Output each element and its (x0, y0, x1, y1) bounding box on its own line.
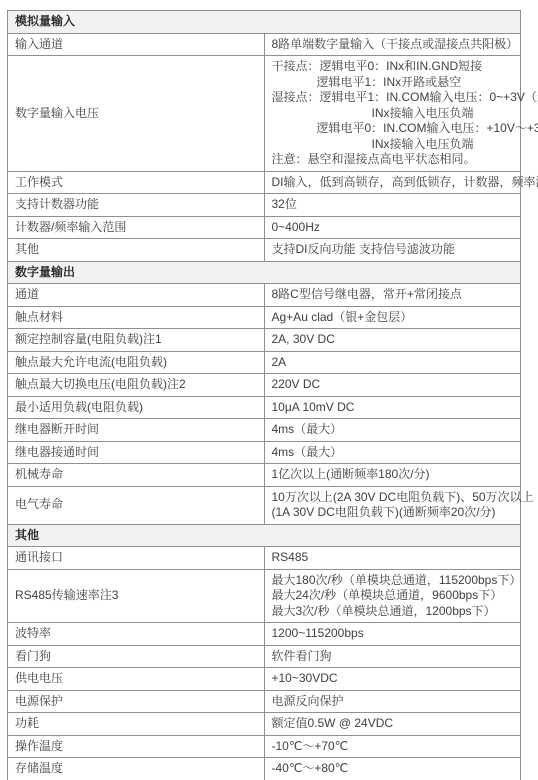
section-title: 其他 (8, 524, 521, 547)
spec-value-cell: 额定值0.5W @ 24VDC (264, 713, 521, 736)
value-line: 注意：悬空和湿接点高电平状态相同。 (272, 152, 515, 168)
spec-value-cell: 软件看门狗 (264, 645, 521, 668)
spec-value-cell: 32位 (264, 194, 521, 217)
section-header-row: 其他 (8, 524, 521, 547)
spec-value-cell: 10μA 10mV DC (264, 396, 521, 419)
value-line: 1亿次以上(通断频率180次/分) (272, 467, 515, 483)
spec-value-cell: 8路C型信号继电器，常开+常闭接点 (264, 284, 521, 307)
spec-label-cell: 继电器断开时间 (8, 419, 265, 442)
spec-row: 计数器/频率输入范围0~400Hz (8, 216, 521, 239)
spec-row: 继电器接通时间4ms（最大） (8, 441, 521, 464)
spec-row: 操作温度-10℃～+70℃ (8, 735, 521, 758)
spec-table: 模拟量输入输入通道8路单端数字量输入（干接点或湿接点共阳极）数字量输入电压干接点… (7, 10, 521, 780)
section-title: 数字量输出 (8, 261, 521, 284)
value-line: Ag+Au clad（银+金包层） (272, 310, 515, 326)
spec-label-cell: 通道 (8, 284, 265, 307)
spec-value-cell: 4ms（最大） (264, 419, 521, 442)
spec-value-cell: 2A, 30V DC (264, 329, 521, 352)
spec-label-cell: 输入通道 (8, 33, 265, 56)
spec-label-cell: 电源保护 (8, 690, 265, 713)
spec-value-cell: -10℃～+70℃ (264, 735, 521, 758)
spec-value-cell: +10~30VDC (264, 668, 521, 691)
spec-row: 输入通道8路单端数字量输入（干接点或湿接点共阳极） (8, 33, 521, 56)
value-line: -10℃～+70℃ (272, 739, 515, 755)
spec-label-cell: 功耗 (8, 713, 265, 736)
spec-row: 通道8路C型信号继电器，常开+常闭接点 (8, 284, 521, 307)
spec-label-cell: RS485传输速率注3 (8, 569, 265, 623)
value-line: 1200~115200bps (272, 626, 515, 642)
spec-value-cell: 支持DI反向功能 支持信号滤波功能 (264, 239, 521, 262)
value-line: 10万次以上(2A 30V DC电阻负载下)、50万次以上 (272, 490, 515, 506)
value-line: (1A 30V DC电阻负载下)(通断频率20次/分) (272, 505, 515, 521)
spec-value-cell: 1亿次以上(通断频率180次/分) (264, 464, 521, 487)
spec-label-cell: 供电电压 (8, 668, 265, 691)
value-line: 最大3次/秒（单模块总通道，1200bps下） (272, 604, 515, 620)
value-line: 4ms（最大） (272, 445, 515, 461)
spec-row: 供电电压+10~30VDC (8, 668, 521, 691)
spec-label-cell: 支持计数器功能 (8, 194, 265, 217)
spec-value-cell: RS485 (264, 547, 521, 570)
spec-row: 数字量输入电压干接点：逻辑电平0：INx和IN.GND短接逻辑电平1：INx开路… (8, 56, 521, 172)
value-line: 电源反向保护 (272, 694, 515, 710)
value-line: RS485 (272, 550, 515, 566)
spec-value-cell: 4ms（最大） (264, 441, 521, 464)
value-line: 32位 (272, 197, 515, 213)
spec-row: 最小适用负载(电阻负载)10μA 10mV DC (8, 396, 521, 419)
spec-value-cell: 电源反向保护 (264, 690, 521, 713)
spec-label-cell: 数字量输入电压 (8, 56, 265, 172)
spec-label-cell: 工作模式 (8, 171, 265, 194)
spec-label-cell: 计数器/频率输入范围 (8, 216, 265, 239)
value-line: 逻辑电平1：INx开路或悬空 (272, 75, 515, 91)
value-line: INx接输入电压负端 (272, 106, 515, 122)
spec-value-cell: Ag+Au clad（银+金包层） (264, 306, 521, 329)
value-line: 0~400Hz (272, 220, 515, 236)
spec-label-cell: 触点最大允许电流(电阻负载) (8, 351, 265, 374)
spec-row: 波特率1200~115200bps (8, 623, 521, 646)
spec-label-cell: 通讯接口 (8, 547, 265, 570)
spec-label-cell: 存储温度 (8, 758, 265, 780)
spec-label-cell: 最小适用负载(电阻负载) (8, 396, 265, 419)
spec-row: 继电器断开时间4ms（最大） (8, 419, 521, 442)
spec-row: 其他支持DI反向功能 支持信号滤波功能 (8, 239, 521, 262)
spec-label-cell: 波特率 (8, 623, 265, 646)
spec-row: 看门狗软件看门狗 (8, 645, 521, 668)
value-line: INx接输入电压负端 (272, 137, 515, 153)
spec-value-cell: 0~400Hz (264, 216, 521, 239)
spec-row: 支持计数器功能32位 (8, 194, 521, 217)
value-line: 8路C型信号继电器，常开+常闭接点 (272, 287, 515, 303)
value-line: +10~30VDC (272, 671, 515, 687)
spec-label-cell: 其他 (8, 239, 265, 262)
value-line: DI输入，低到高锁存，高到低锁存，计数器，频率测量 (272, 175, 515, 191)
value-line: 逻辑电平0：IN.COM输入电压：+10V～+30V (272, 121, 515, 137)
spec-row: 触点最大切换电压(电阻负载)注2220V DC (8, 374, 521, 397)
spec-row: 通讯接口RS485 (8, 547, 521, 570)
value-line: 220V DC (272, 377, 515, 393)
spec-value-cell: 干接点：逻辑电平0：INx和IN.GND短接逻辑电平1：INx开路或悬空湿接点：… (264, 56, 521, 172)
value-line: 2A, 30V DC (272, 332, 515, 348)
spec-value-cell: 220V DC (264, 374, 521, 397)
spec-row: 存储温度-40℃～+80℃ (8, 758, 521, 780)
section-header-row: 模拟量输入 (8, 11, 521, 34)
spec-row: 额定控制容量(电阻负载)注12A, 30V DC (8, 329, 521, 352)
spec-row: 电气寿命10万次以上(2A 30V DC电阻负载下)、50万次以上(1A 30V… (8, 486, 521, 524)
spec-row: RS485传输速率注3最大180次/秒（单模块总通道，115200bps下）最大… (8, 569, 521, 623)
spec-value-cell: 10万次以上(2A 30V DC电阻负载下)、50万次以上(1A 30V DC电… (264, 486, 521, 524)
section-title: 模拟量输入 (8, 11, 521, 34)
spec-label-cell: 继电器接通时间 (8, 441, 265, 464)
value-line: 最大180次/秒（单模块总通道，115200bps下） (272, 573, 515, 589)
value-line: 最大24次/秒（单模块总通道，9600bps下） (272, 588, 515, 604)
value-line: 干接点：逻辑电平0：INx和IN.GND短接 (272, 59, 515, 75)
spec-value-cell: DI输入，低到高锁存，高到低锁存，计数器，频率测量 (264, 171, 521, 194)
spec-row: 机械寿命1亿次以上(通断频率180次/分) (8, 464, 521, 487)
value-line: 湿接点：逻辑电平1：IN.COM输入电压：0~+3V（最大） (272, 90, 515, 106)
value-line: 10μA 10mV DC (272, 400, 515, 416)
spec-value-cell: 2A (264, 351, 521, 374)
spec-value-cell: -40℃～+80℃ (264, 758, 521, 780)
spec-row: 电源保护电源反向保护 (8, 690, 521, 713)
value-line: -40℃～+80℃ (272, 761, 515, 777)
spec-row: 工作模式DI输入，低到高锁存，高到低锁存，计数器，频率测量 (8, 171, 521, 194)
spec-sheet-page: 模拟量输入输入通道8路单端数字量输入（干接点或湿接点共阳极）数字量输入电压干接点… (0, 0, 538, 780)
spec-label-cell: 额定控制容量(电阻负载)注1 (8, 329, 265, 352)
spec-label-cell: 看门狗 (8, 645, 265, 668)
spec-value-cell: 1200~115200bps (264, 623, 521, 646)
spec-value-cell: 8路单端数字量输入（干接点或湿接点共阳极） (264, 33, 521, 56)
spec-label-cell: 电气寿命 (8, 486, 265, 524)
value-line: 2A (272, 355, 515, 371)
spec-label-cell: 触点材料 (8, 306, 265, 329)
value-line: 8路单端数字量输入（干接点或湿接点共阳极） (272, 37, 515, 53)
spec-row: 触点最大允许电流(电阻负载)2A (8, 351, 521, 374)
spec-row: 触点材料Ag+Au clad（银+金包层） (8, 306, 521, 329)
value-line: 支持DI反向功能 支持信号滤波功能 (272, 242, 515, 258)
value-line: 4ms（最大） (272, 422, 515, 438)
section-header-row: 数字量输出 (8, 261, 521, 284)
spec-label-cell: 操作温度 (8, 735, 265, 758)
value-line: 软件看门狗 (272, 649, 515, 665)
spec-label-cell: 机械寿命 (8, 464, 265, 487)
value-line: 额定值0.5W @ 24VDC (272, 716, 515, 732)
spec-row: 功耗额定值0.5W @ 24VDC (8, 713, 521, 736)
spec-value-cell: 最大180次/秒（单模块总通道，115200bps下）最大24次/秒（单模块总通… (264, 569, 521, 623)
spec-label-cell: 触点最大切换电压(电阻负载)注2 (8, 374, 265, 397)
